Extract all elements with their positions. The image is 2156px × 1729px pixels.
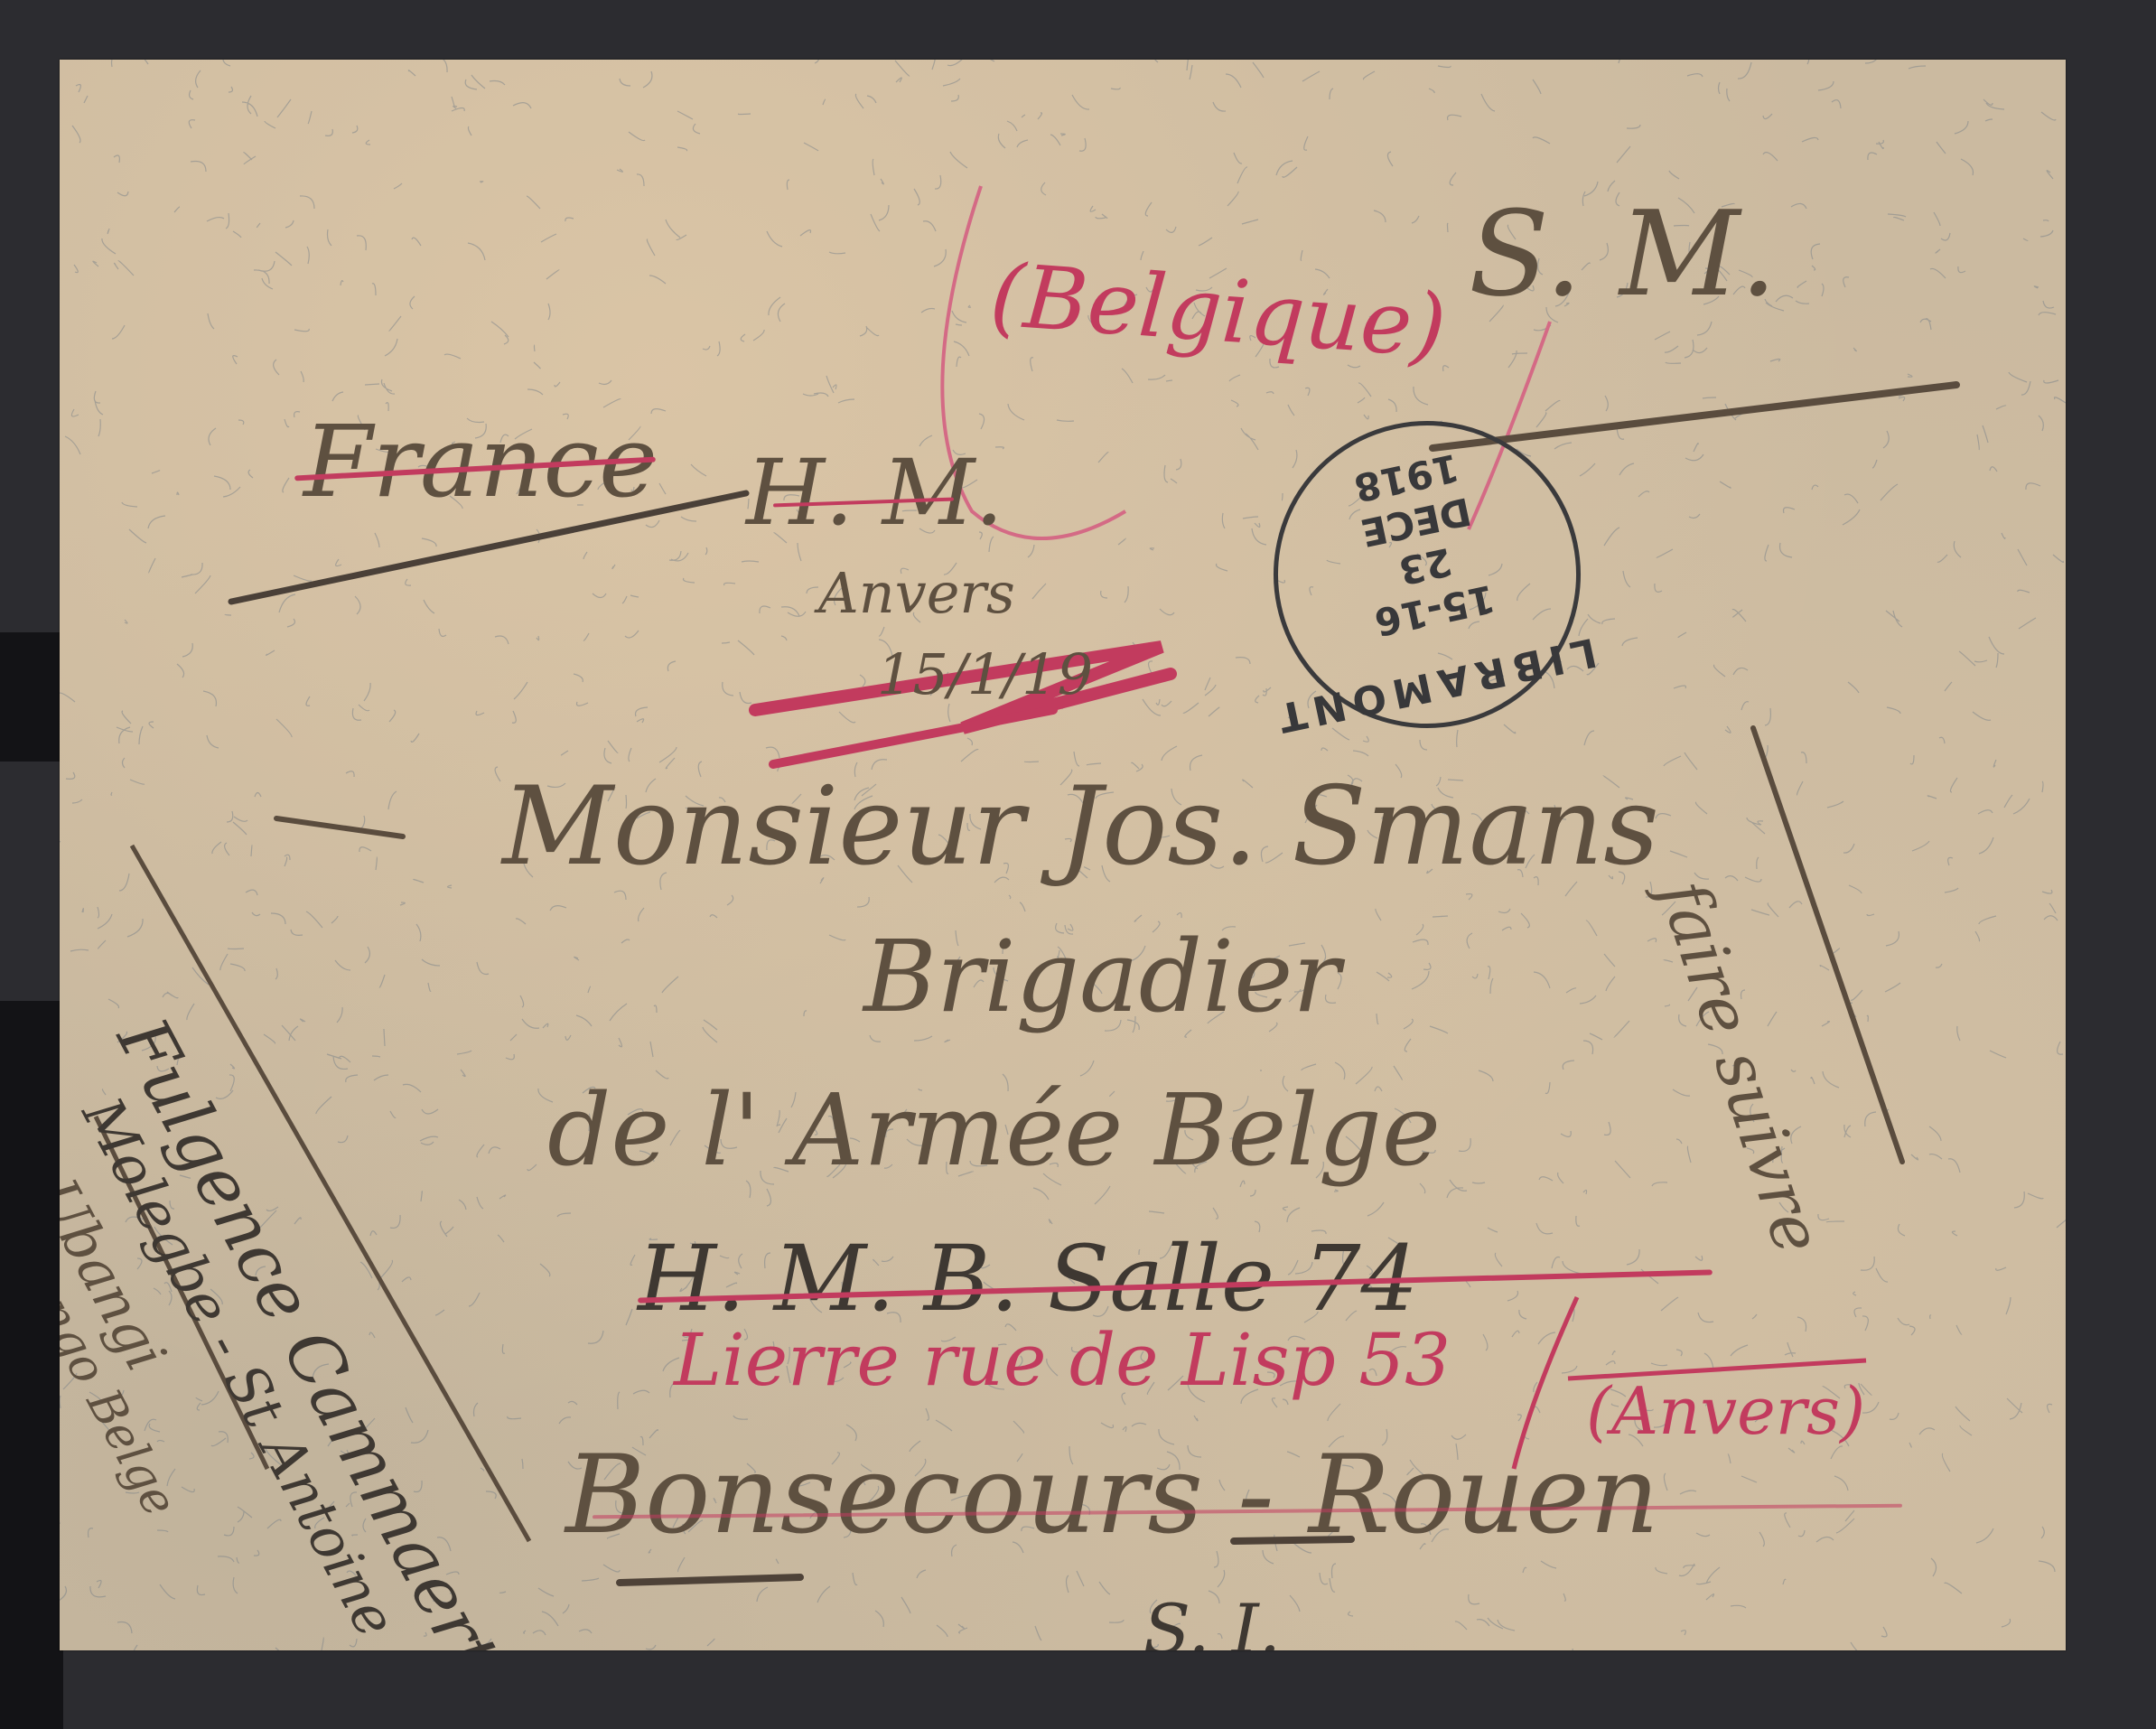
address-line-army: de l' Armée Belge	[547, 1080, 1441, 1180]
dark-backing-strip	[0, 632, 63, 762]
hm-crossed-text: H. M.	[746, 448, 1003, 538]
address-line-rank: Brigadier	[863, 927, 1340, 1026]
address-line-recipient: Monsieur Jos. Smans	[502, 773, 1659, 882]
redirect-address-red: Lierre rue de Lisp 53	[674, 1324, 1451, 1397]
dark-backing-strip	[0, 1001, 63, 1729]
anvers-note: Anvers	[818, 565, 1015, 622]
sm-annotation: S. M.	[1469, 195, 1778, 313]
envelope: (Belgique) S. M. France H. M. Anvers 15/…	[60, 60, 2066, 1650]
address-line-si: S. I.	[1143, 1595, 1281, 1650]
address-line-city-crossed: Bonsecours - Rouen	[565, 1442, 1659, 1550]
address-line-hospital-crossed: H. M. B. Salle 74	[638, 1234, 1418, 1324]
anvers-date: 15/1/19	[877, 647, 1093, 703]
